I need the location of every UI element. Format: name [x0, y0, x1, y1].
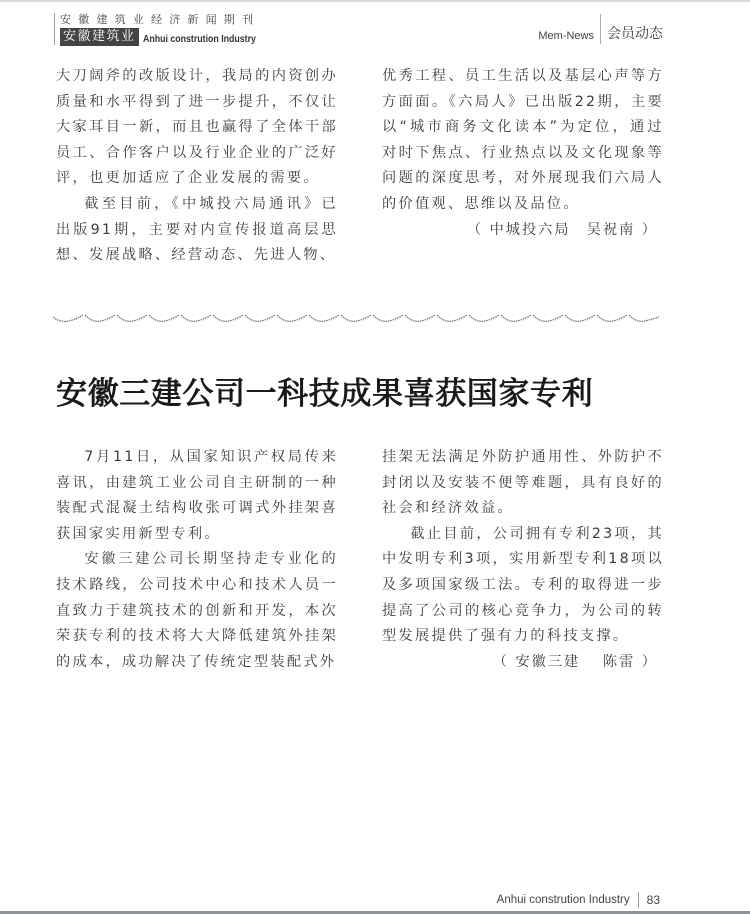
paragraph: 截至目前，《中城投六局通讯》已出版91期，主要对内宣传报道高层思想、发展战略、经… — [56, 192, 338, 269]
byline: （ 安徽三建 陈雷 ） — [382, 650, 664, 676]
publication-subtitle: 安徽建筑业经济新闻期刊 — [60, 13, 271, 26]
brand-en-logo: Anhui constrution Industry — [143, 34, 256, 46]
byline: （ 中城投六局 吴祝南 ） — [382, 218, 664, 244]
page-number: 83 — [639, 893, 660, 907]
paragraph: 优秀工程、员工生活以及基层心声等方方面面。《六局人》已出版22期，主要以“城市商… — [382, 64, 664, 218]
masthead: 安徽建筑业经济新闻期刊 安徽建筑业 Anhui constrution Indu… — [54, 13, 271, 45]
footer-publication-name: Anhui constrution Industry — [497, 894, 638, 906]
page-footer: Anhui constrution Industry 83 — [497, 891, 660, 909]
wavy-divider — [53, 311, 661, 327]
paragraph: 7月11日，从国家知识产权局传来喜讯，由建筑工业公司自主研制的一种装配式混凝土结… — [56, 445, 338, 547]
section-label-en: Mem-News — [538, 30, 600, 43]
article-right-column: 挂架无法满足外防护通用性、外防护不封闭以及安装不便等难题，具有良好的社会和经济效… — [382, 445, 664, 675]
previous-article-right-column: 优秀工程、员工生活以及基层心声等方方面面。《六局人》已出版22期，主要以“城市商… — [382, 64, 664, 243]
paragraph: 大刀阔斧的改版设计，我局的内资创办质量和水平得到了进一步提升，不仅让大家耳目一新… — [56, 64, 338, 192]
page-top-edge — [0, 0, 750, 2]
brand-row: 安徽建筑业 Anhui constrution Industry — [60, 28, 271, 46]
paragraph: 挂架无法满足外防护通用性、外防护不封闭以及安装不便等难题，具有良好的社会和经济效… — [382, 445, 664, 522]
article-left-column: 7月11日，从国家知识产权局传来喜讯，由建筑工业公司自主研制的一种装配式混凝土结… — [56, 445, 338, 675]
section-label-cn: 会员动态 — [601, 24, 663, 44]
article-title: 安徽三建公司一科技成果喜获国家专利 — [56, 369, 676, 419]
section-header: Mem-News 会员动态 — [538, 14, 663, 44]
brand-cn-logo: 安徽建筑业 — [60, 28, 139, 46]
paragraph: 截止目前，公司拥有专利23项，其中发明专利3项，实用新型专利18项以及多项国家级… — [382, 522, 664, 650]
paragraph: 安徽三建公司长期坚持走专业化的技术路线，公司技术中心和技术人员一直致力于建筑技术… — [56, 547, 338, 675]
previous-article-left-column: 大刀阔斧的改版设计，我局的内资创办质量和水平得到了进一步提升，不仅让大家耳目一新… — [56, 64, 338, 269]
